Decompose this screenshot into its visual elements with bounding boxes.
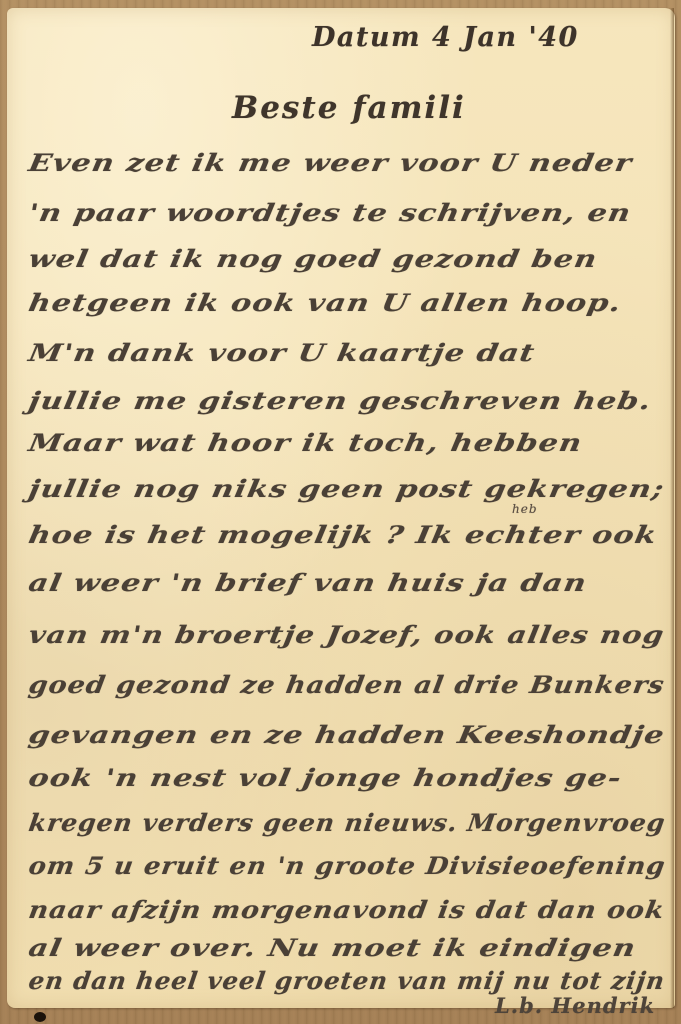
body-line: al weer 'n brief van huis ja dan <box>26 568 589 597</box>
paper-edge-shadow <box>670 8 674 1008</box>
body-line: hetgeen ik ook van U allen hoop. <box>26 288 624 317</box>
signature: L.b. Hendrik <box>495 993 655 1018</box>
body-line: jullie nog niks geen post gekregen; <box>26 474 667 503</box>
body-line: jullie me gisteren geschreven heb. <box>26 386 654 415</box>
date-line: Datum 4 Jan '40 <box>312 22 579 53</box>
body-line: al weer over. Nu moet ik eindigen <box>26 933 638 962</box>
body-line: Maar wat hoor ik toch, hebben <box>26 428 585 457</box>
salutation: Beste famili <box>232 90 466 126</box>
body-line: gevangen en ze hadden Keeshondje <box>26 720 667 749</box>
body-line: hoe is het mogelijk ? Ik echter ook <box>26 520 659 549</box>
body-line: en dan heel veel groeten van mij nu tot … <box>27 966 667 995</box>
interlinear-insert: heb <box>512 502 538 516</box>
body-line: M'n dank voor U kaartje dat <box>26 338 537 367</box>
body-line: 'n paar woordtjes te schrijven, en <box>26 198 633 227</box>
body-line: wel dat ik nog goed gezond ben <box>26 244 600 273</box>
body-line: ook 'n nest vol jonge hondjes ge- <box>26 763 624 792</box>
body-line: van m'n broertje Jozef, ook alles nog <box>27 620 667 649</box>
body-line: naar afzijn morgenavond is dat dan ook <box>27 895 667 924</box>
punch-hole <box>34 1012 46 1022</box>
body-line: Even zet ik me weer voor U neder <box>26 148 634 177</box>
body-line: kregen verders geen nieuws. Morgenvroeg <box>27 808 668 837</box>
body-line: om 5 u eruit en 'n groote Divisieoefenin… <box>27 851 668 880</box>
body-line: goed gezond ze hadden al drie Bunkers <box>27 670 667 699</box>
postcard-paper: Datum 4 Jan '40 Beste famili Even zet ik… <box>7 8 675 1008</box>
